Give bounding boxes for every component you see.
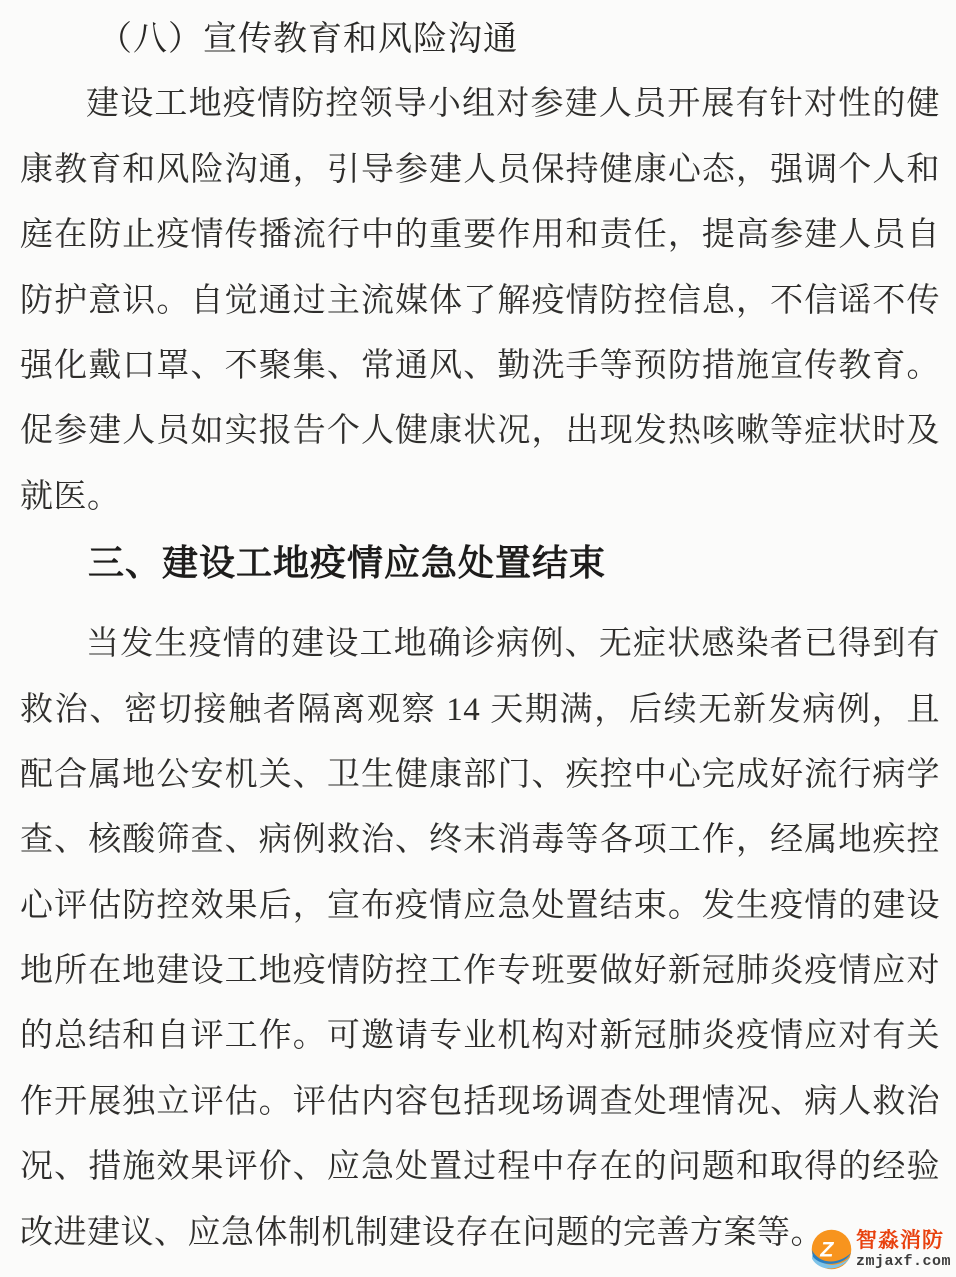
paragraph-line: 防护意识。自觉通过主流媒体了解疫情防控信息，不信谣不传谣。 bbox=[20, 269, 940, 334]
paragraph-line: 促参建人员如实报告个人健康状况，出现发热咳嗽等症状时及时 bbox=[20, 399, 940, 464]
paragraph-line: 况、措施效果评价、应急处置过程中存在的问题和取得的经验及 bbox=[20, 1135, 940, 1200]
document-body: （八）宣传教育和风险沟通 建设工地疫情防控领导小组对参建人员开展有针对性的健 康… bbox=[0, 0, 956, 1266]
paragraph-line: 庭在防止疫情传播流行中的重要作用和责任，提高参建人员自我 bbox=[20, 203, 940, 268]
paragraph-line: 康教育和风险沟通，引导参建人员保持健康心态，强调个人和家 bbox=[20, 138, 940, 203]
scanned-document-page: （八）宣传教育和风险沟通 建设工地疫情防控领导小组对参建人员开展有针对性的健 康… bbox=[0, 0, 956, 1277]
paragraph-line: 救治、密切接触者隔离观察 14 天期满，后续无新发病例，且已 bbox=[20, 678, 940, 743]
watermark-text: 智淼消防 zmjaxf.com bbox=[856, 1230, 951, 1269]
paragraph-line: 建设工地疫情防控领导小组对参建人员开展有针对性的健 bbox=[20, 72, 940, 137]
paragraph-line: 心评估防控效果后，宣布疫情应急处置结束。发生疫情的建设工 bbox=[20, 874, 940, 939]
paragraph-line: 改进建议、应急体制机制建设存在问题的完善方案等。 bbox=[20, 1201, 940, 1266]
paragraph-line: 当发生疫情的建设工地确诊病例、无症状感染者已得到有效 bbox=[20, 612, 940, 677]
watermark: Z 智淼消防 zmjaxf.com bbox=[811, 1229, 951, 1270]
paragraph-line: 配合属地公安机关、卫生健康部门、疾控中心完成好流行病学调 bbox=[20, 743, 940, 808]
paragraph-line: 的总结和自评工作。可邀请专业机构对新冠肺炎疫情应对有关工 bbox=[20, 1004, 940, 1069]
paragraph-2: 当发生疫情的建设工地确诊病例、无症状感染者已得到有效 救治、密切接触者隔离观察 … bbox=[20, 612, 940, 1266]
paragraph-1: 建设工地疫情防控领导小组对参建人员开展有针对性的健 康教育和风险沟通，引导参建人… bbox=[20, 72, 940, 530]
section-heading: （八）宣传教育和风险沟通 bbox=[20, 7, 940, 72]
paragraph-line: 查、核酸筛查、病例救治、终末消毒等各项工作，经属地疾控中 bbox=[20, 808, 940, 873]
watermark-brand-name: 智淼消防 bbox=[856, 1230, 951, 1251]
watermark-site-url: zmjaxf.com bbox=[856, 1254, 951, 1269]
svg-text:Z: Z bbox=[819, 1238, 834, 1262]
chapter-heading: 三、建设工地疫情应急处置结束 bbox=[20, 530, 940, 596]
paragraph-line: 作开展独立评估。评估内容包括现场调查处理情况、病人救治情 bbox=[20, 1070, 940, 1135]
paragraph-line: 地所在地建设工地疫情防控工作专班要做好新冠肺炎疫情应对 bbox=[20, 939, 940, 1004]
paragraph-line: 就医。 bbox=[20, 465, 940, 530]
paragraph-line: 强化戴口罩、不聚集、常通风、勤洗手等预防措施宣传教育。督 bbox=[20, 334, 940, 399]
zhimiao-fire-logo-icon: Z bbox=[811, 1229, 852, 1270]
